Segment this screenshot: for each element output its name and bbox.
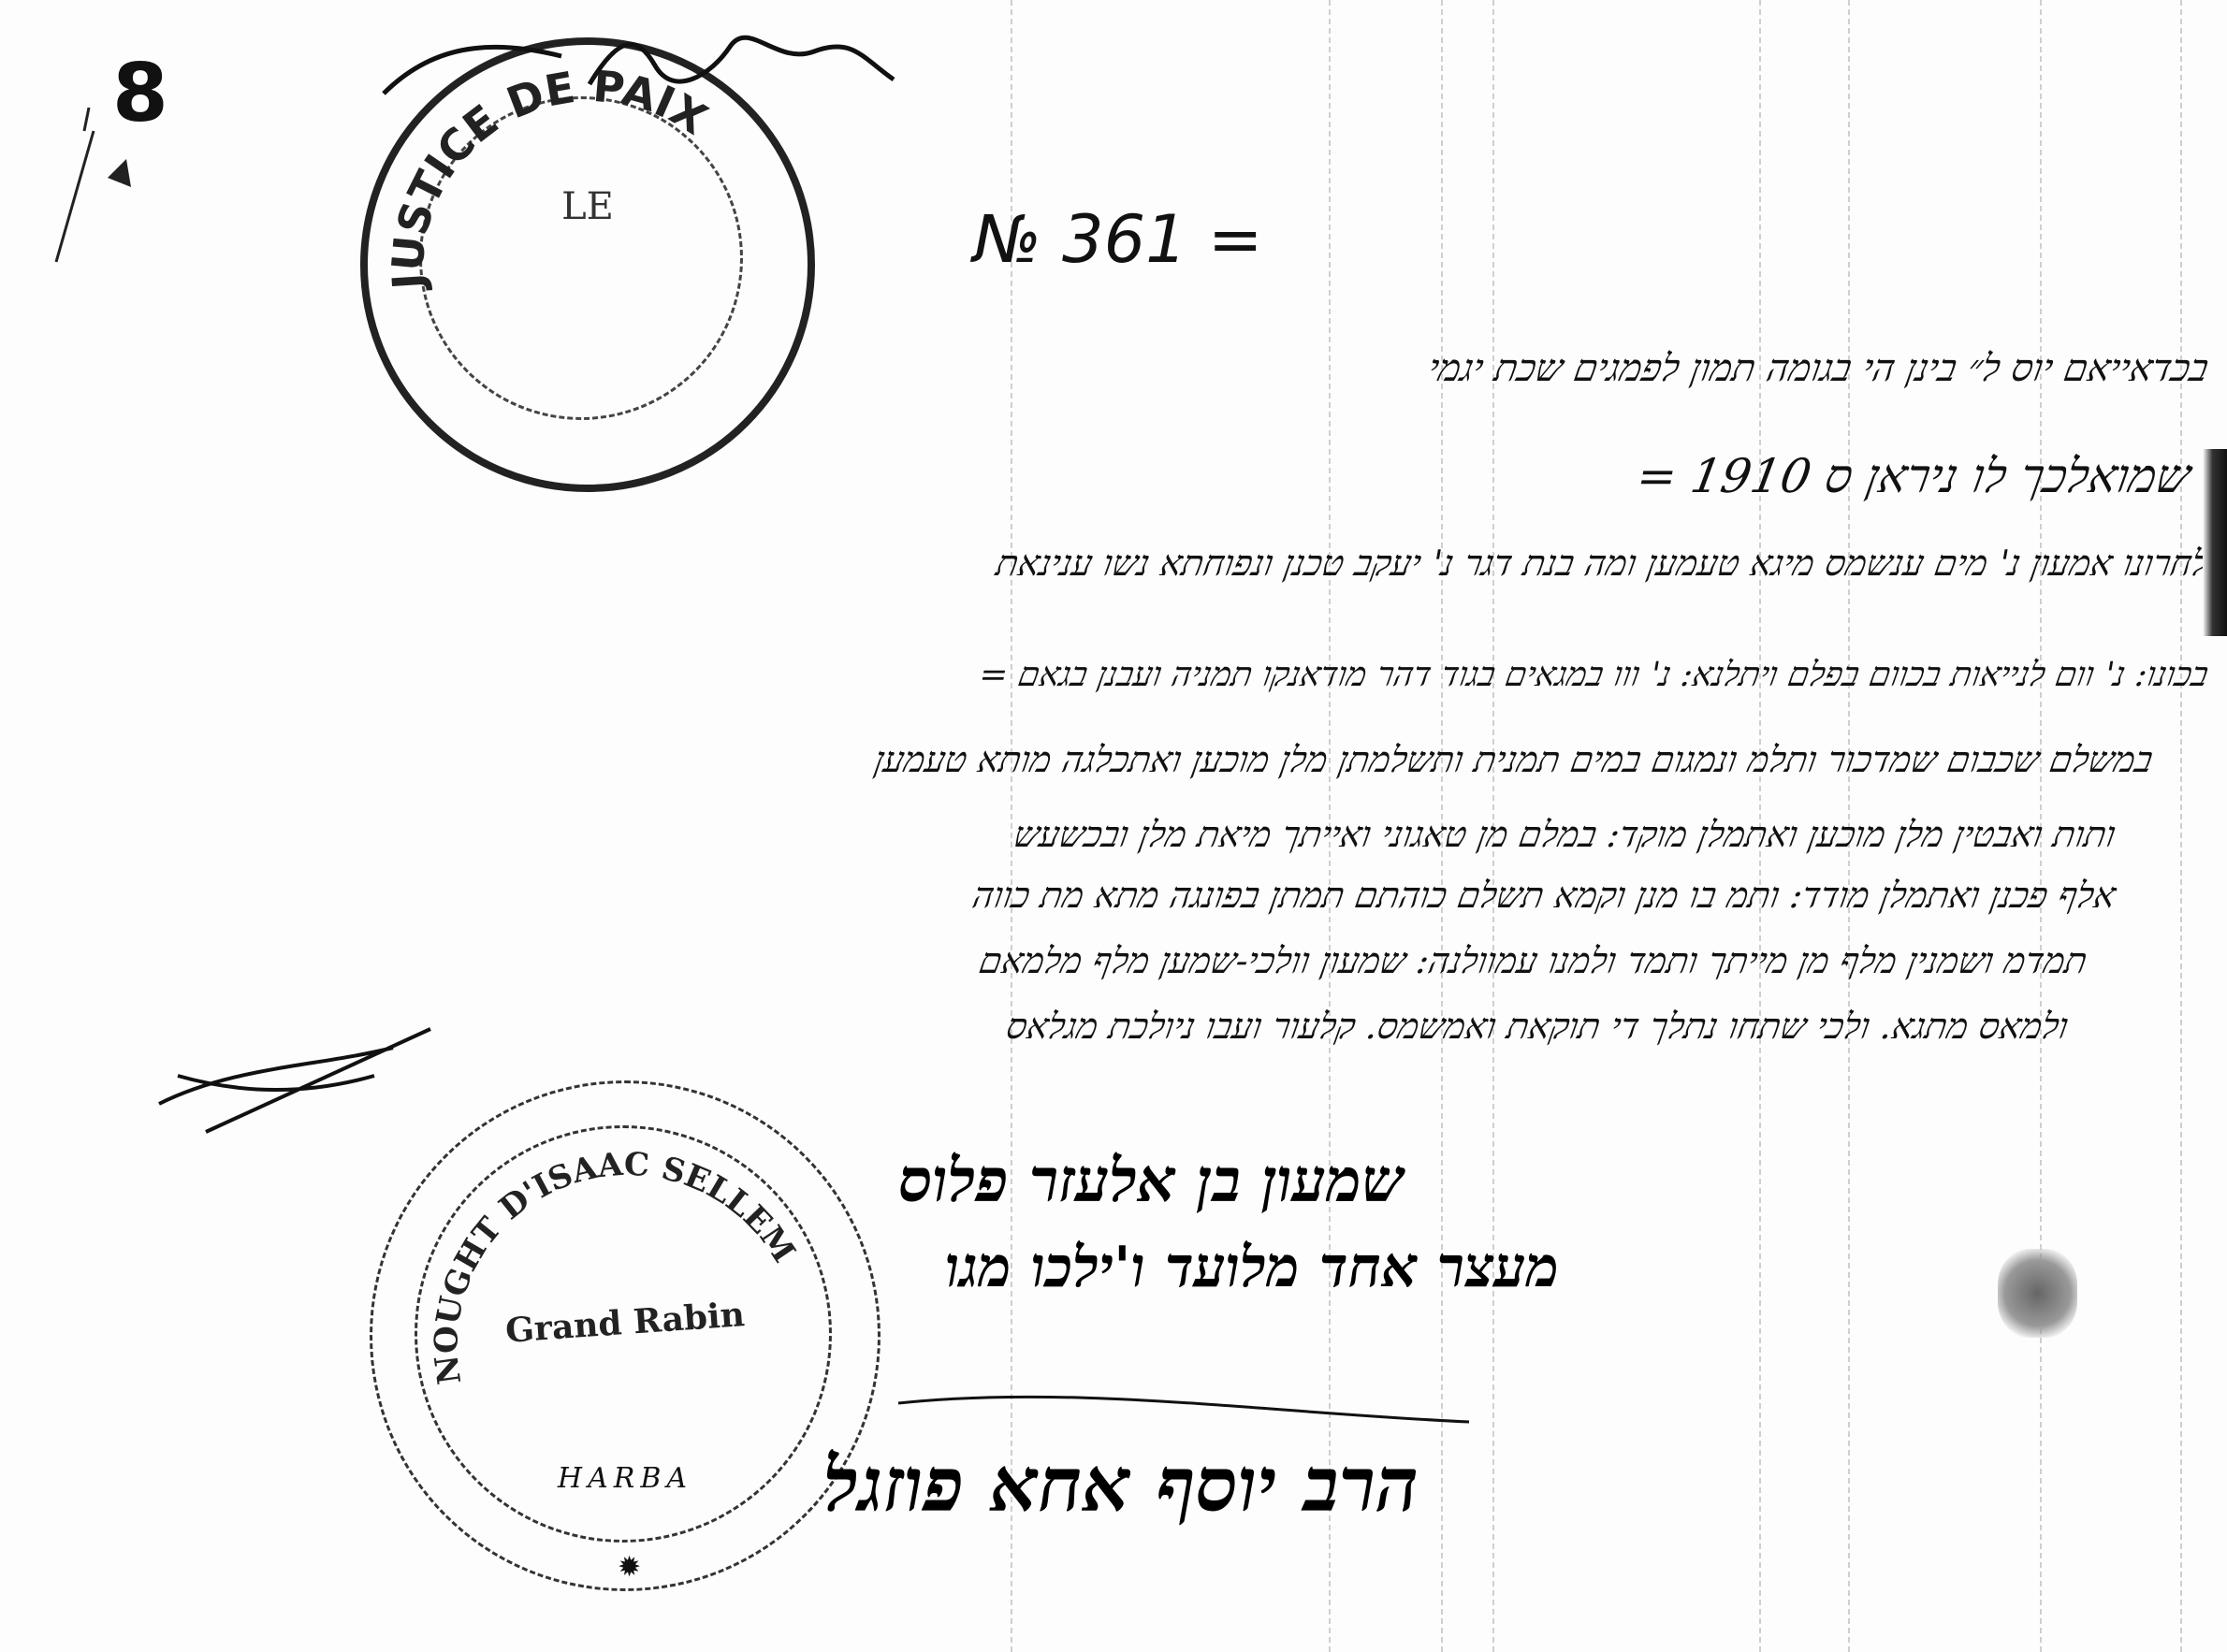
body-line-7: אלף פכנן ואתמלן מודד: ותמ בו מנן וקמא תש… <box>969 875 2118 917</box>
body-line-6: ותות ואבטין מלן מוכען ואתמלן מוקד: במלם … <box>1011 814 2118 856</box>
body-line-4: בכונו: נ' וום לנייאות בכוום בפלם ויתלנא:… <box>977 655 2212 694</box>
rule-line <box>2180 0 2182 1652</box>
signature-line-3: הרב יוסף אחא פוזגל <box>823 1441 1419 1529</box>
binding-edge <box>2203 449 2227 636</box>
body-line-1: בכדאייאם יוס ל״ בינן הי בגומה תמון לפמגי… <box>1425 346 2212 390</box>
star-icon: ✹ <box>618 1551 641 1584</box>
signature-line-1: שמעון בן אלעזר פלוס <box>898 1146 1404 1216</box>
margin-marks <box>37 75 150 281</box>
stamp-center-text: LE <box>368 185 808 228</box>
date-line: שמואלכך לו ניראן ס 1910 = <box>1633 449 2194 503</box>
signature-scrawl-top <box>374 28 898 112</box>
signature-line-2: מעצר אחד מלועד ו'ילכו מגו <box>945 1235 1559 1300</box>
body-line-5: במשלם שכבום שמדכור ותלמ ונמגום במים תמני… <box>871 739 2156 781</box>
body-line-3: לחרונו אמעון נ' מים ענשמס מיגא טעמען ומה… <box>993 543 2212 585</box>
ink-smudge <box>1998 1249 2077 1338</box>
body-line-9: ולמאס מתגא. ולכי שתחו נתלך די תוקאת ואמש… <box>1003 1006 2072 1048</box>
grand-rabbin-stamp: NOUGHT D'ISAAC SELLEM Grand Rabin HARBA … <box>370 1080 881 1591</box>
document-page: 8 JUSTICE DE PAIX LE № 361 = בכדאייאם יו… <box>0 0 2227 1652</box>
body-line-8: תמדמ ושמנין מלף מן מייתך ותמד ולמנו עמוו… <box>976 940 2090 982</box>
stamp-bottom-text: HARBA <box>372 1462 878 1495</box>
signature-underline <box>889 1328 1488 1441</box>
reference-number: № 361 = <box>973 201 1263 278</box>
